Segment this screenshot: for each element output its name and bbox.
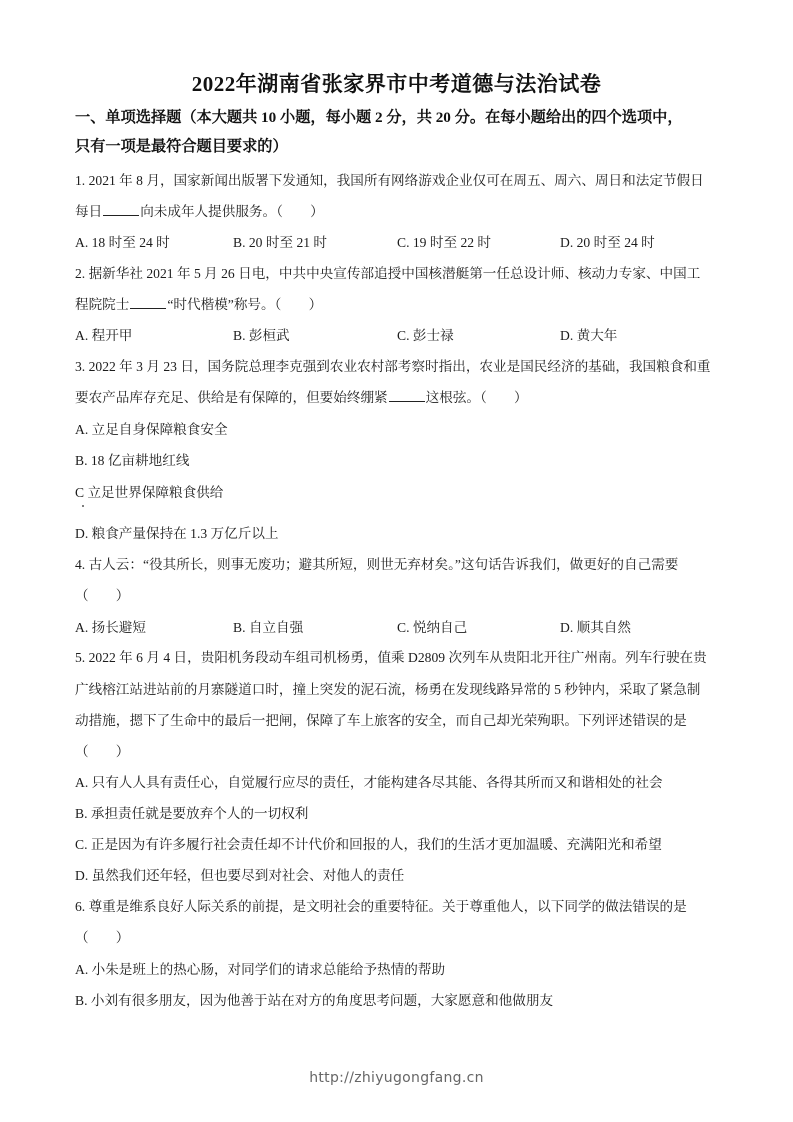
watermark-url: http://zhiyugongfang.cn: [0, 1070, 793, 1086]
section-header-line-1: 一、单项选择题（本大题共 10 小题，每小题 2 分，共 20 分。在每小题给出…: [75, 108, 683, 128]
question-5-line-3: 动措施，摁下了生命中的最后一把闸，保障了车上旅客的安全，而自己却光荣殉职。下列评…: [75, 712, 687, 730]
question-1-line-2: 每日向未成年人提供服务。（ ）: [75, 203, 324, 221]
stray-period-mark: [82, 505, 84, 507]
page-title: 2022年湖南省张家界市中考道德与法治试卷: [0, 68, 793, 98]
question-6-option-b: B. 小刘有很多朋友，因为他善于站在对方的角度思考问题，大家愿意和他做朋友: [75, 992, 553, 1010]
question-4-option-a: A. 扬长避短: [75, 619, 146, 637]
question-1-option-a: A. 18 时至 24 时: [75, 234, 170, 252]
question-2-option-c: C. 彭士禄: [397, 327, 454, 345]
question-2-text-before-blank: 程院院士: [75, 297, 129, 312]
question-5-option-c: C. 正是因为有许多履行社会责任却不计代价和回报的人，我们的生活才更加温暖、充满…: [75, 836, 662, 854]
exam-page: 2022年湖南省张家界市中考道德与法治试卷 一、单项选择题（本大题共 10 小题…: [0, 0, 793, 1122]
section-header-line-2: 只有一项是最符合题目要求的）: [75, 137, 288, 157]
question-6-option-a: A. 小朱是班上的热心肠，对同学们的请求总能给予热情的帮助: [75, 961, 445, 979]
question-2-line-2: 程院院士“时代楷模”称号。（ ）: [75, 296, 322, 314]
question-2-option-a: A. 程开甲: [75, 327, 132, 345]
question-2-line-1: 2. 据新华社 2021 年 5 月 26 日电，中共中央宣传部追授中国核潜艇第…: [75, 265, 700, 283]
question-1-line-1: 1. 2021 年 8 月，国家新闻出版署下发通知，我国所有网络游戏企业仅可在周…: [75, 172, 704, 190]
question-2-text-after-blank: “时代楷模”称号。（ ）: [167, 297, 322, 312]
question-3-option-a: A. 立足自身保障粮食安全: [75, 421, 228, 439]
question-3-option-b: B. 18 亿亩耕地红线: [75, 452, 189, 470]
question-5-option-b: B. 承担责任就是要放弃个人的一切权利: [75, 805, 308, 823]
question-6-line-1: 6. 尊重是维系良好人际关系的前提，是文明社会的重要特征。关于尊重他人，以下同学…: [75, 898, 687, 916]
question-5-line-2: 广线榕江站进站前的月寨隧道口时，撞上突发的泥石流，杨勇在发现线路异常的 5 秒钟…: [75, 681, 700, 699]
question-5-answer-parens: （ ）: [75, 743, 129, 761]
question-3-text-after-blank: 这根弦。（ ）: [426, 390, 528, 405]
question-5-option-d: D. 虽然我们还年轻，但也要尽到对社会、对他人的责任: [75, 867, 404, 885]
question-3-line-2: 要农产品库存充足、供给是有保障的，但要始终绷紧这根弦。（ ）: [75, 389, 528, 407]
question-3-option-c: C 立足世界保障粮食供给: [75, 484, 223, 502]
question-1-text-before-blank: 每日: [75, 204, 102, 219]
question-2-option-d: D. 黄大年: [560, 327, 617, 345]
question-4-option-c: C. 悦纳自己: [397, 619, 467, 637]
fill-in-blank: [130, 296, 166, 309]
fill-in-blank: [103, 203, 139, 216]
question-3-line-1: 3. 2022 年 3 月 23 日，国务院总理李克强到农业农村部考察时指出，农…: [75, 358, 711, 376]
question-4-option-d: D. 顺其自然: [560, 619, 631, 637]
question-4-answer-parens: （ ）: [75, 587, 129, 605]
question-3-text-before-blank: 要农产品库存充足、供给是有保障的，但要始终绷紧: [75, 390, 388, 405]
question-1-option-b: B. 20 时至 21 时: [233, 234, 327, 252]
question-5-option-a: A. 只有人人具有责任心，自觉履行应尽的责任，才能构建各尽其能、各得其所而又和谐…: [75, 774, 663, 792]
question-4-option-b: B. 自立自强: [233, 619, 303, 637]
fill-in-blank: [389, 389, 425, 402]
question-1-option-d: D. 20 时至 24 时: [560, 234, 655, 252]
question-6-answer-parens: （ ）: [75, 929, 129, 947]
question-4-line-1: 4. 古人云：“役其所长，则事无废功；避其所短，则世无弃材矣。”这句话告诉我们，…: [75, 556, 678, 574]
question-5-line-1: 5. 2022 年 6 月 4 日，贵阳机务段动车组司机杨勇，值乘 D2809 …: [75, 649, 707, 667]
question-1-option-c: C. 19 时至 22 时: [397, 234, 491, 252]
question-3-option-d: D. 粮食产量保持在 1.3 万亿斤以上: [75, 525, 279, 543]
question-2-option-b: B. 彭桓武: [233, 327, 290, 345]
question-1-text-after-blank: 向未成年人提供服务。（ ）: [140, 204, 324, 219]
